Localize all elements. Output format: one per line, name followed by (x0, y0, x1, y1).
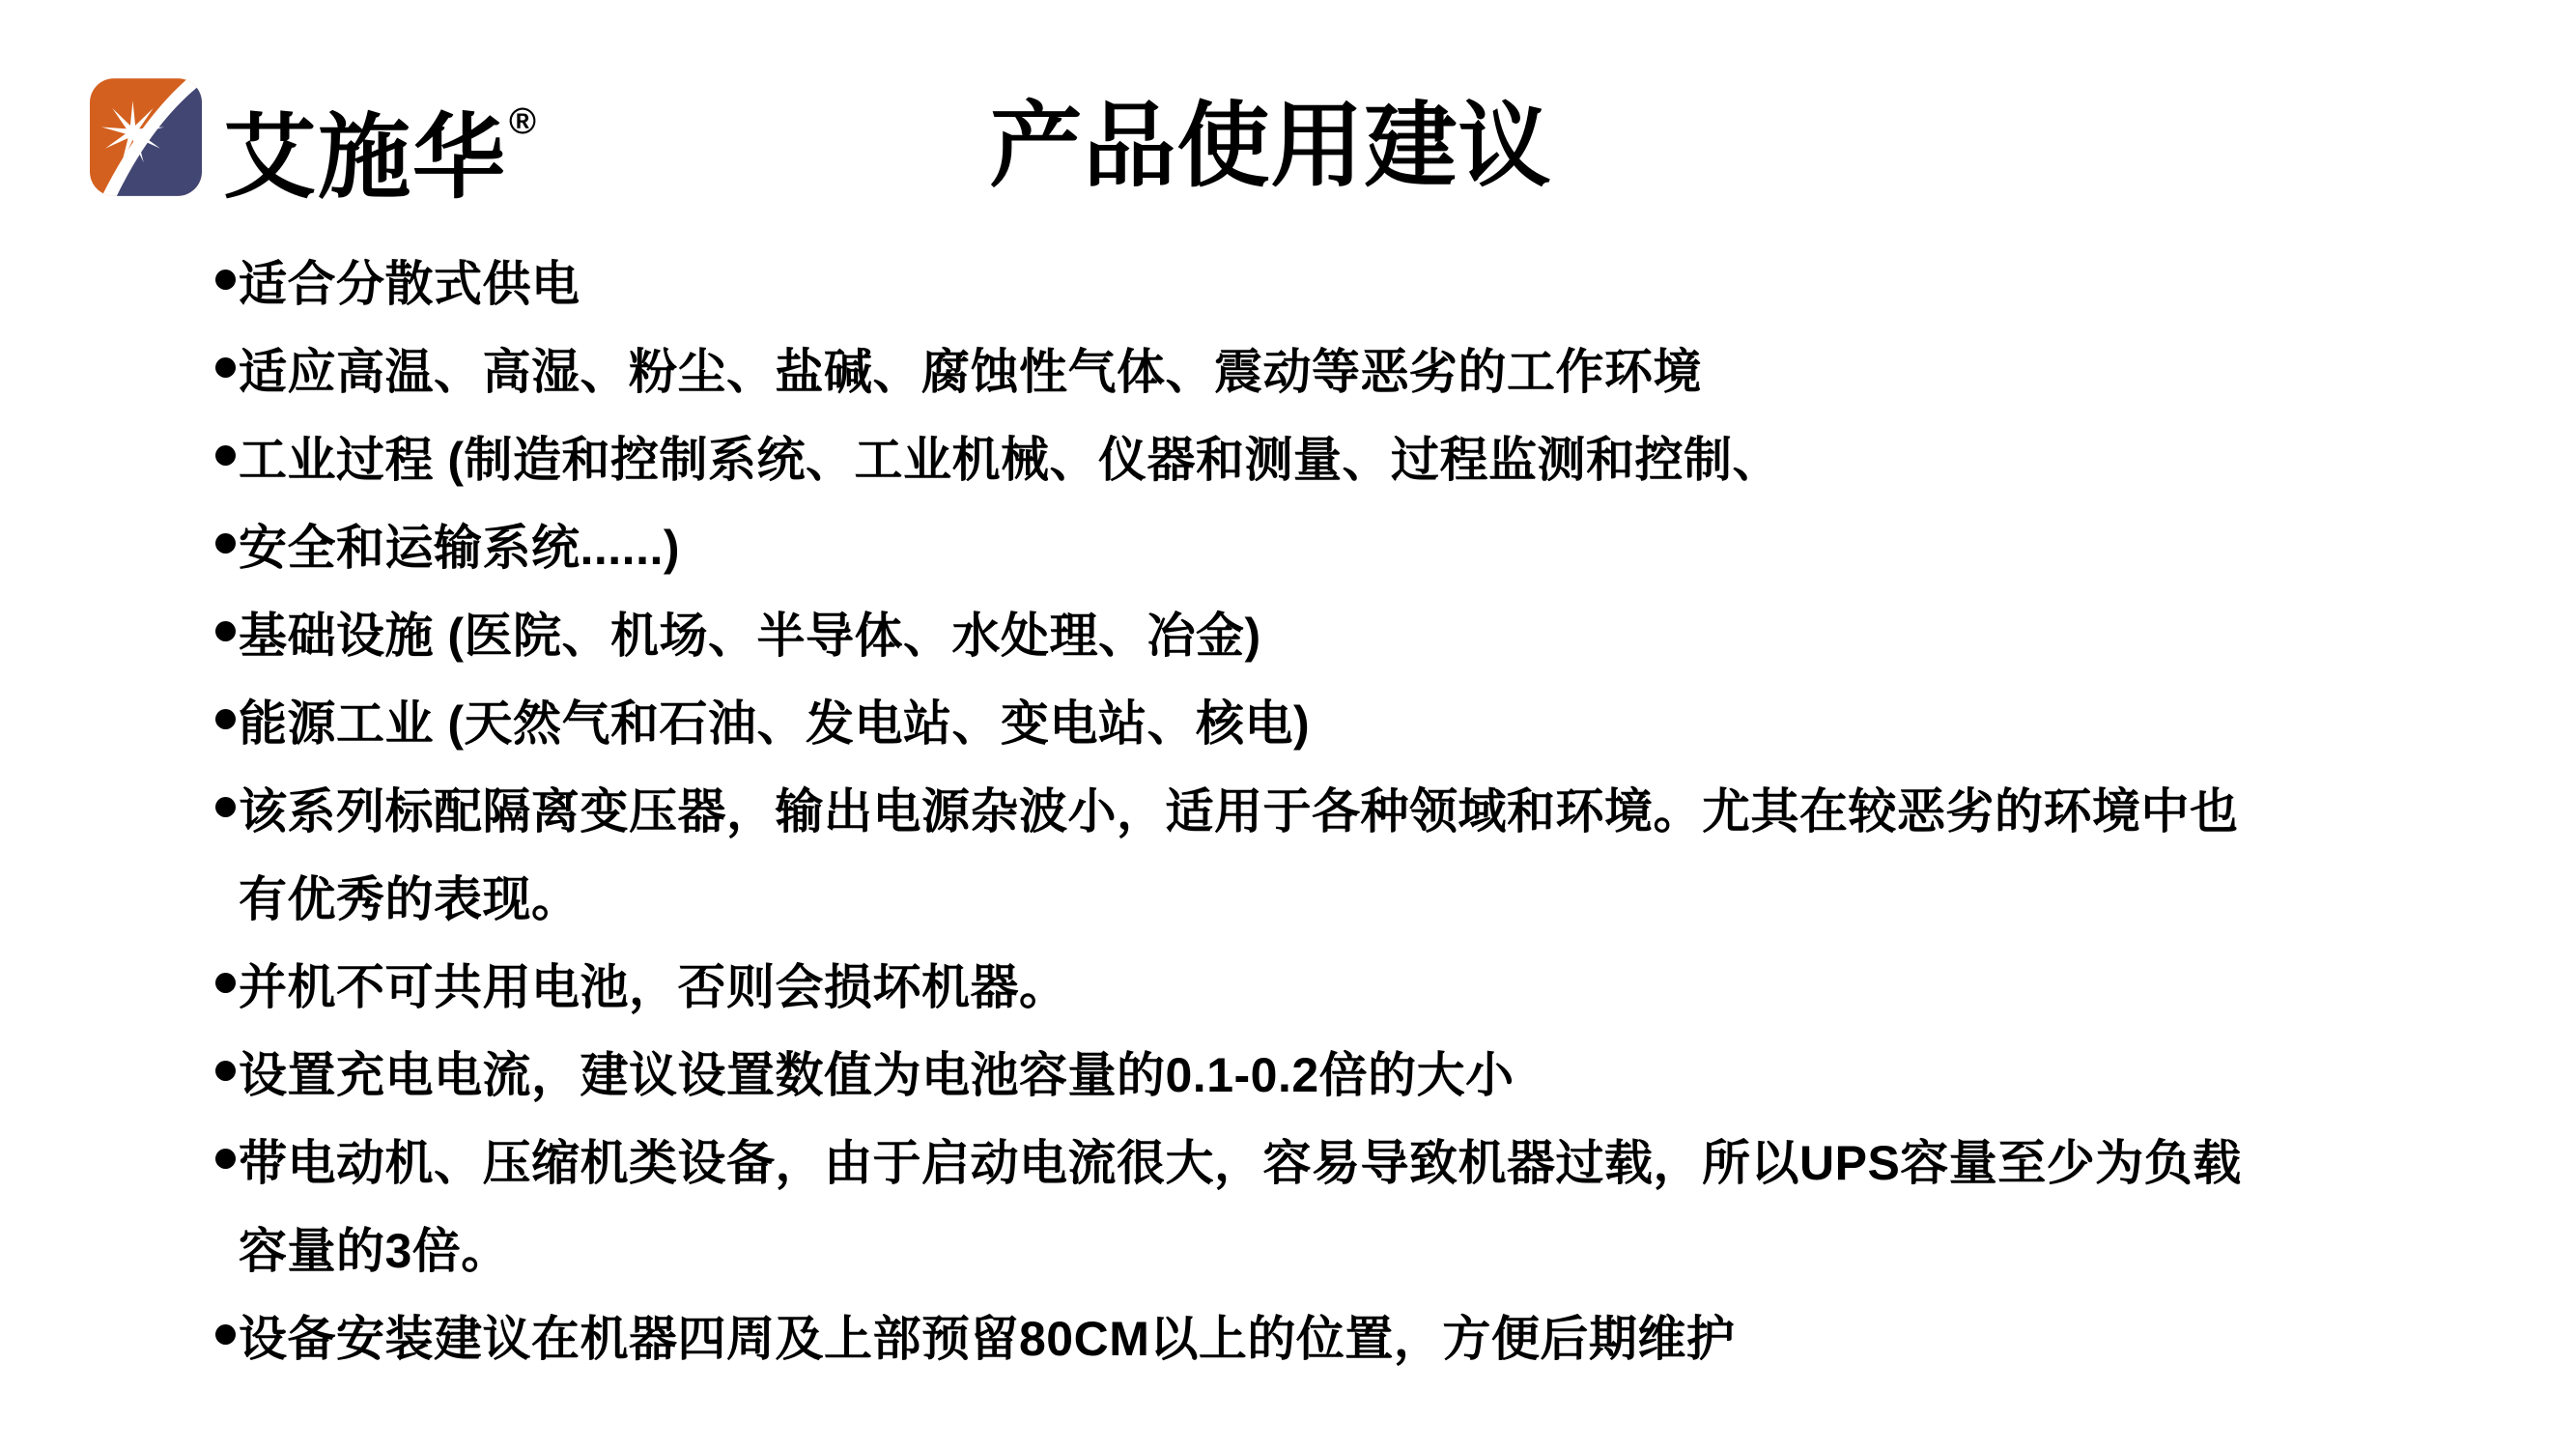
list-item-text: 安全和运输系统......) (239, 509, 680, 579)
list-item: 能源工业 (天然气和石油、发电站、变电站、核电) (0, 675, 2576, 763)
bullet-icon (215, 1236, 239, 1257)
bullet-icon (215, 357, 239, 378)
bullet-icon (215, 797, 239, 817)
list-item: 适应高温、高湿、粉尘、盐碱、腐蚀性气体、震动等恶劣的工作环境 (0, 324, 2576, 412)
list-item: 设备安装建议在机器四周及上部预留80CM以上的位置，方便后期维护 (0, 1291, 2576, 1378)
bullet-icon (215, 709, 239, 729)
list-item-text: 基础设施 (医院、机场、半导体、水处理、冶金) (239, 597, 1261, 667)
list-item: 有优秀的表现。 (0, 851, 2576, 939)
bullet-icon (215, 533, 239, 554)
bullet-icon (215, 445, 239, 466)
slide: 艾施华® 产品使用建议 适合分散式供电适应高温、高湿、粉尘、盐碱、腐蚀性气体、震… (0, 0, 2576, 1449)
list-item-text: 带电动机、压缩机类设备，由于启动电流很大，容易导致机器过载，所以UPS容量至少为… (239, 1124, 2242, 1194)
bullet-icon (215, 1324, 239, 1345)
bullet-icon (215, 270, 239, 290)
list-item: 该系列标配隔离变压器，输出电源杂波小，适用于各种领域和环境。尤其在较恶劣的环境中… (0, 763, 2576, 851)
list-item-text: 工业过程 (制造和控制系统、工业机械、仪器和测量、过程监测和控制、 (239, 421, 1781, 491)
page-title: 产品使用建议 (0, 93, 2541, 201)
list-item-text: 有优秀的表现。 (239, 861, 580, 930)
list-item-text: 设置充电电流，建议设置数值为电池容量的0.1-0.2倍的大小 (239, 1037, 1514, 1106)
bullet-icon (215, 1149, 239, 1169)
list-item: 容量的3倍。 (0, 1203, 2576, 1291)
bullet-list: 适合分散式供电适应高温、高湿、粉尘、盐碱、腐蚀性气体、震动等恶劣的工作环境工业过… (0, 236, 2576, 1378)
bullet-icon (215, 621, 239, 641)
list-item: 并机不可共用电池，否则会损坏机器。 (0, 939, 2576, 1027)
bullet-icon (215, 885, 239, 905)
list-item: 设置充电电流，建议设置数值为电池容量的0.1-0.2倍的大小 (0, 1027, 2576, 1115)
list-item: 基础设施 (医院、机场、半导体、水处理、冶金) (0, 587, 2576, 675)
list-item-text: 并机不可共用电池，否则会损坏机器。 (239, 949, 1068, 1018)
list-item-text: 容量的3倍。 (239, 1212, 510, 1282)
list-item-text: 该系列标配隔离变压器，输出电源杂波小，适用于各种领域和环境。尤其在较恶劣的环境中… (239, 773, 2239, 842)
list-item: 工业过程 (制造和控制系统、工业机械、仪器和测量、过程监测和控制、 (0, 412, 2576, 499)
list-item: 带电动机、压缩机类设备，由于启动电流很大，容易导致机器过载，所以UPS容量至少为… (0, 1115, 2576, 1203)
bullet-icon (215, 973, 239, 993)
list-item-text: 适应高温、高湿、粉尘、盐碱、腐蚀性气体、震动等恶劣的工作环境 (239, 333, 1702, 403)
list-item-text: 设备安装建议在机器四周及上部预留80CM以上的位置，方便后期维护 (239, 1300, 1735, 1370)
list-item-text: 适合分散式供电 (239, 245, 580, 315)
list-item-text: 能源工业 (天然气和石油、发电站、变电站、核电) (239, 685, 1310, 754)
list-item: 适合分散式供电 (0, 236, 2576, 324)
list-item: 安全和运输系统......) (0, 499, 2576, 587)
bullet-icon (215, 1061, 239, 1081)
